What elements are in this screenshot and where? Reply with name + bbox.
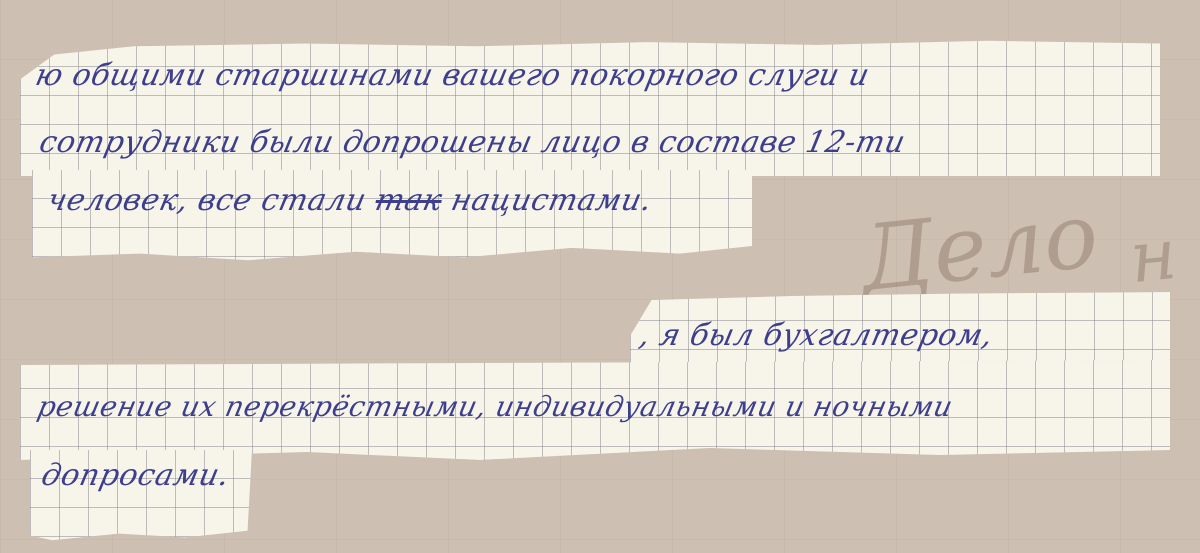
background-word-n: н xyxy=(1126,213,1180,299)
handwritten-line-4: , я был бухгалтером, xyxy=(636,318,996,353)
handwritten-line-6: допросами. xyxy=(38,458,233,493)
struck-word: так xyxy=(372,183,445,218)
line-3-start: человек, все стали xyxy=(44,183,369,218)
line-3-end: нацистами. xyxy=(448,183,655,218)
handwritten-line-3: человек, все стали так нацистами. xyxy=(44,183,655,218)
handwritten-line-2: сотрудники были допрошены лицо в составе… xyxy=(36,125,908,160)
handwritten-line-5: решение их перекрёстными, индивидуальным… xyxy=(34,390,956,423)
handwritten-line-1: ю общими старшинами вашего покорного слу… xyxy=(32,58,872,93)
background-word-delo: Дело xyxy=(855,183,1103,312)
